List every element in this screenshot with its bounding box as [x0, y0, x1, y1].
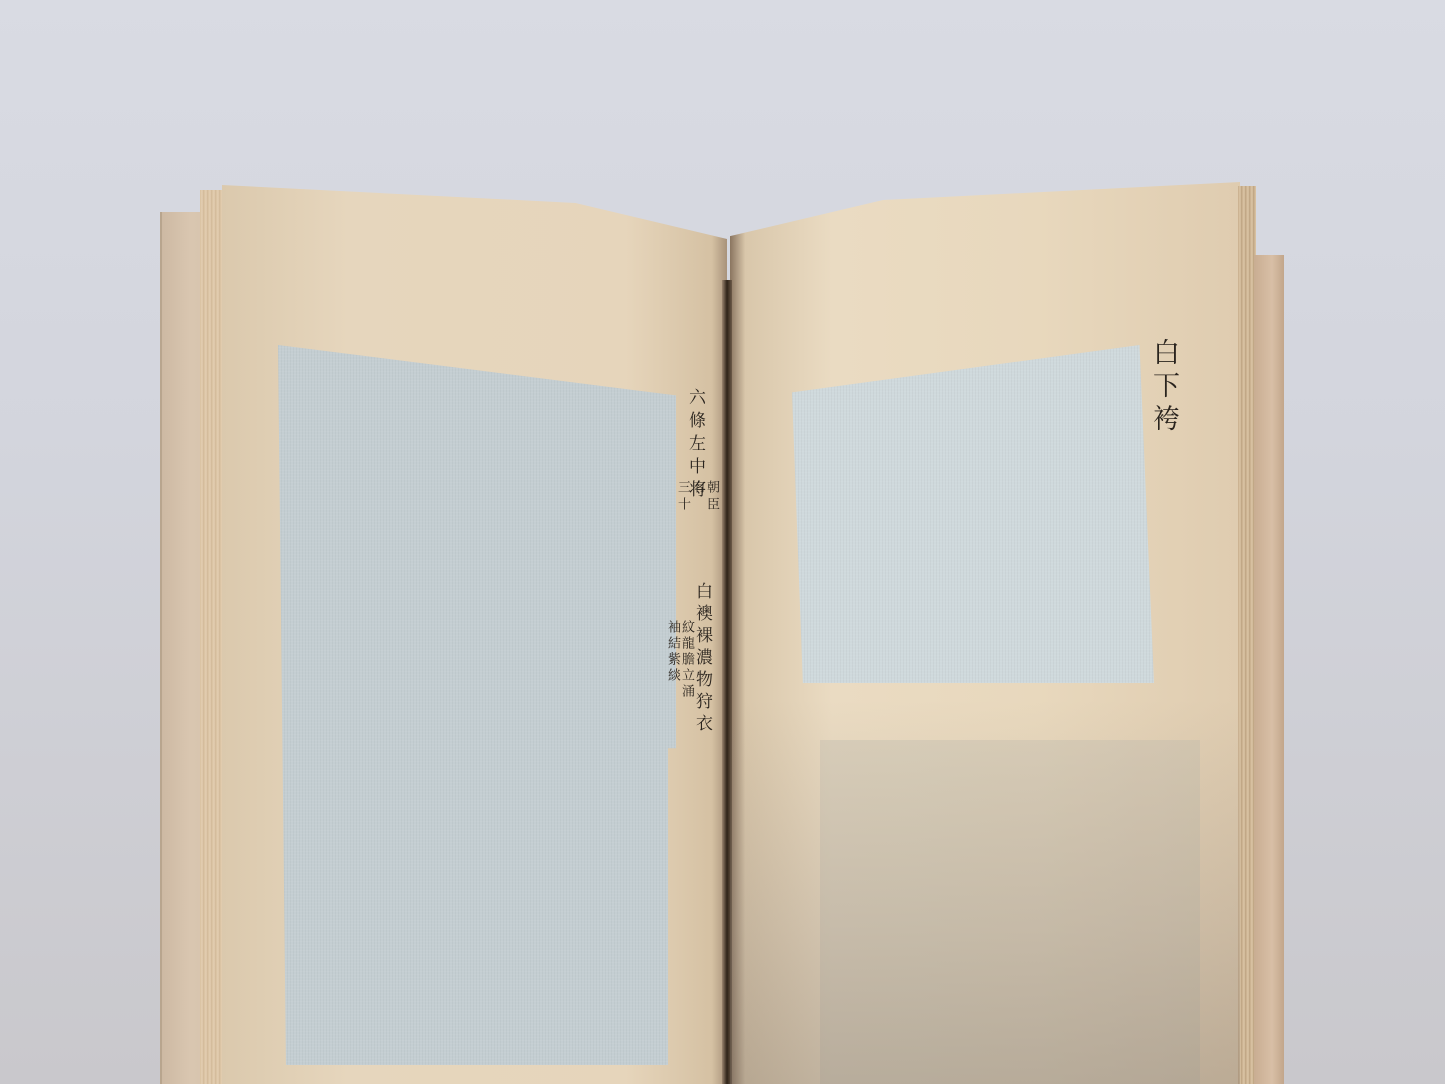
left-caption-ason: 朝臣	[705, 480, 718, 514]
faint-swatch-shadow	[820, 740, 1200, 1084]
book-gutter	[722, 280, 732, 1084]
left-caption-ari: 有	[691, 480, 704, 497]
fabric-swatch-right	[792, 345, 1154, 683]
left-caption-garment: 白襖裸濃物狩衣	[693, 582, 710, 736]
book-cover-right	[1254, 255, 1284, 1084]
left-caption-age: 三十	[676, 480, 689, 514]
left-caption-sleeve: 袖結紫緂	[666, 620, 679, 684]
left-caption-pattern: 紋龍膽立涌	[680, 620, 693, 700]
fabric-swatch-left	[278, 345, 676, 1065]
photo-scene: 白下袴 六條左中将 三十 有 朝臣 白襖裸濃物狩衣 紋龍膽立涌 袖結紫緂	[0, 0, 1445, 1084]
right-page-title: 白下袴	[1150, 338, 1177, 437]
